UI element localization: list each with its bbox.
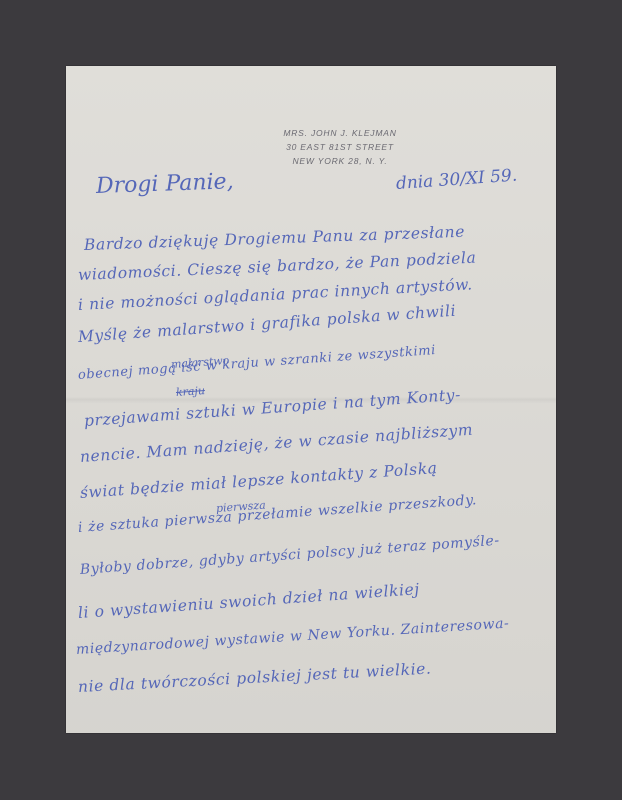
body-line-5: obecnej mogą iść w kraju w szranki ze ws… [77, 343, 436, 383]
body-line-7: nencie. Mam nadzieję, że w czasie najbli… [79, 421, 473, 466]
salutation: Drogi Panie, [96, 169, 234, 199]
letter-page: MRS. JOHN J. KLEJMAN 30 EAST 81ST STREET… [66, 66, 556, 733]
body-line-10: Byłoby dobrze, gdyby artyści polscy już … [79, 533, 500, 578]
letterhead-street: 30 EAST 81ST STREET [124, 140, 556, 154]
letterhead-name: MRS. JOHN J. KLEJMAN [124, 126, 556, 140]
body-line-8: świat będzie miał lepsze kontakty z Pols… [79, 459, 438, 502]
letter-date: dnia 30/XI 59. [395, 166, 518, 194]
body-line-6: przejawami sztuki w Europie i na tym Kon… [83, 386, 461, 430]
body-line-1: Bardzo dziękuję Drogiemu Panu za przesła… [84, 223, 466, 254]
letterhead-city: NEW YORK 28, N. Y. [124, 154, 556, 168]
body-line-9: i że sztuka pierwsza przełamie wszelkie … [77, 492, 477, 536]
body-line-11: li o wystawieniu swoich dzieł na wielkie… [77, 580, 420, 622]
body-line-13: nie dla twórczości polskiej jest tu wiel… [78, 659, 432, 695]
struck-word: kraju [176, 384, 206, 399]
letterhead: MRS. JOHN J. KLEJMAN 30 EAST 81ST STREET… [66, 126, 556, 168]
body-line-12: międzynarodowej wystawie w New Yorku. Za… [76, 616, 510, 658]
